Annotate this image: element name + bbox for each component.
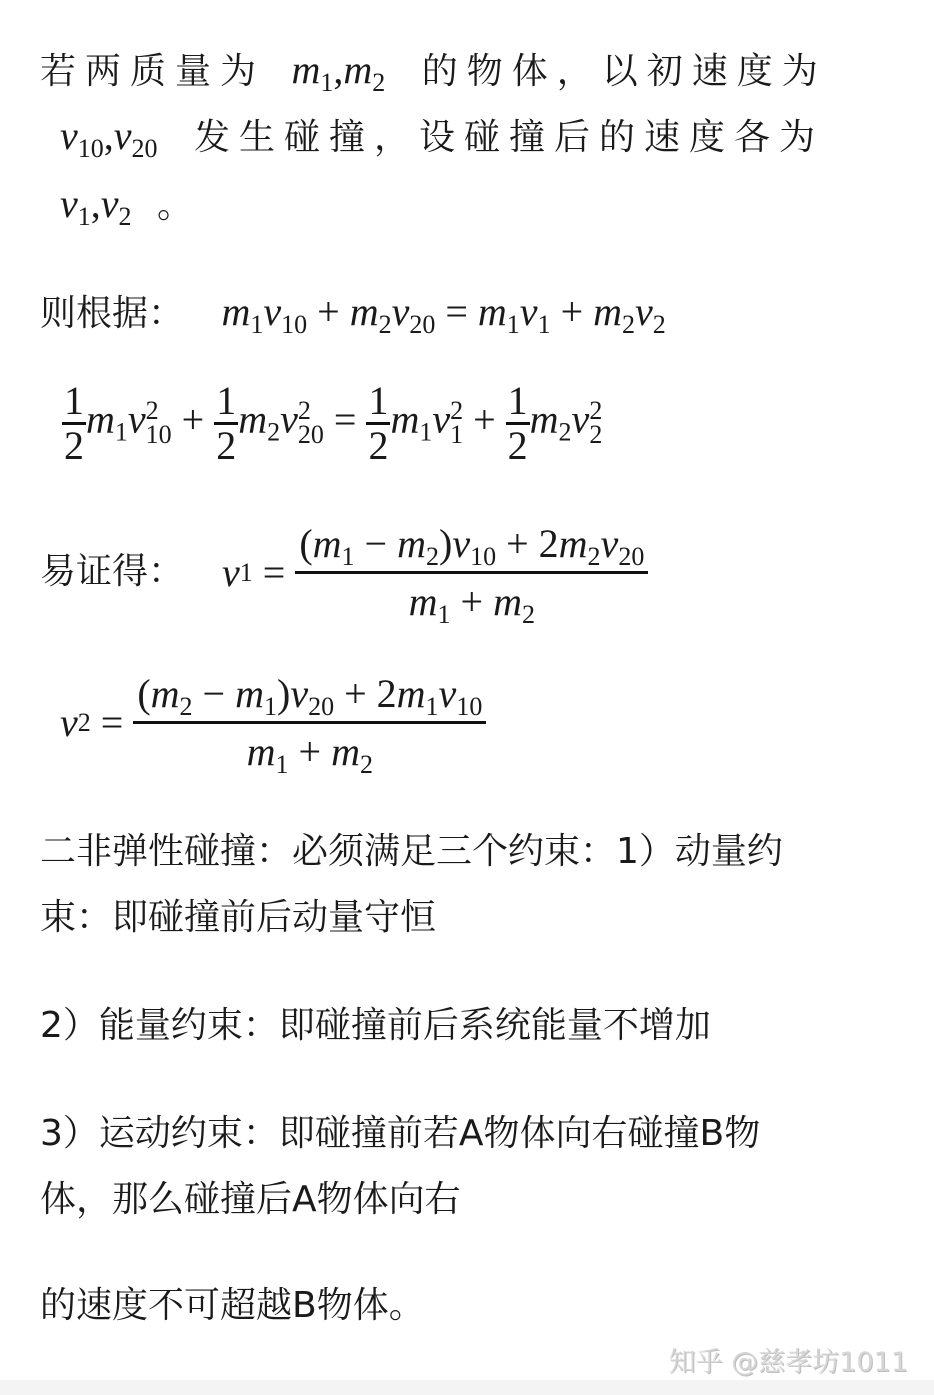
intro-line-1: 若两质量为 m1,m2 的物体，以初速度为 (40, 50, 827, 92)
constraint-2: 2）能量约束：即碰撞前后系统能量不增加 (40, 1006, 711, 1046)
math-m1-m2: m1,m2 (291, 47, 385, 92)
math-v10-v20: v10,v20 (60, 113, 158, 158)
energy-equation: 12m1v210+12m2v220=12m1v21+12m2v22 (62, 380, 602, 467)
fraction-half: 12 (506, 380, 530, 467)
v2-fraction: (m2−m1)v20+2m1v10 m1+m2 (133, 670, 486, 775)
math-v1-v2: v1,v2 (60, 181, 132, 226)
text-fragment: 若两质量为 (40, 51, 265, 92)
intro-line-2: v10,v20 发生碰撞，设碰撞后的速度各为 (60, 116, 824, 158)
momentum-equation-line: 则根据： m1v10+m2v20=m1v1+m2v2 (40, 292, 666, 334)
constraint-3-line-3: 的速度不可超越B物体。 (40, 1286, 425, 1326)
zhihu-watermark: 知乎 @慈孝坊1011 (669, 1340, 908, 1379)
v1-fraction: (m1−m2)v10+2m2v20 m1+m2 (295, 520, 648, 625)
constraint-3-line-2: 体，那么碰撞后A物体向右 (40, 1180, 461, 1220)
v2-solution: v2= (m2−m1)v20+2m1v10 m1+m2 (60, 670, 486, 775)
solution-label: 易证得： (40, 552, 184, 592)
text-fragment: 的物体，以初速度为 (422, 51, 827, 92)
inelastic-line-2: 束：即碰撞前后动量守恒 (40, 898, 436, 938)
intro-line-3: v1,v2 。 (60, 184, 193, 226)
fraction-half: 12 (62, 380, 86, 467)
v1-solution: v1= (m1−m2)v10+2m2v20 m1+m2 (222, 520, 648, 625)
text-fragment: 。 (157, 185, 193, 226)
momentum-label: 则根据： (40, 293, 184, 334)
inelastic-line-1: 二非弹性碰撞：必须满足三个约束：1）动量约 (40, 832, 783, 872)
fraction-half: 12 (366, 380, 390, 467)
text-fragment: 发生碰撞，设碰撞后的速度各为 (194, 117, 824, 158)
fraction-half: 12 (214, 380, 238, 467)
constraint-3-line-1: 3）运动约束：即碰撞前若A物体向右碰撞B物 (40, 1114, 760, 1154)
footer-band (0, 1380, 934, 1395)
momentum-equation: m1v10+m2v20=m1v1+m2v2 (221, 289, 665, 334)
